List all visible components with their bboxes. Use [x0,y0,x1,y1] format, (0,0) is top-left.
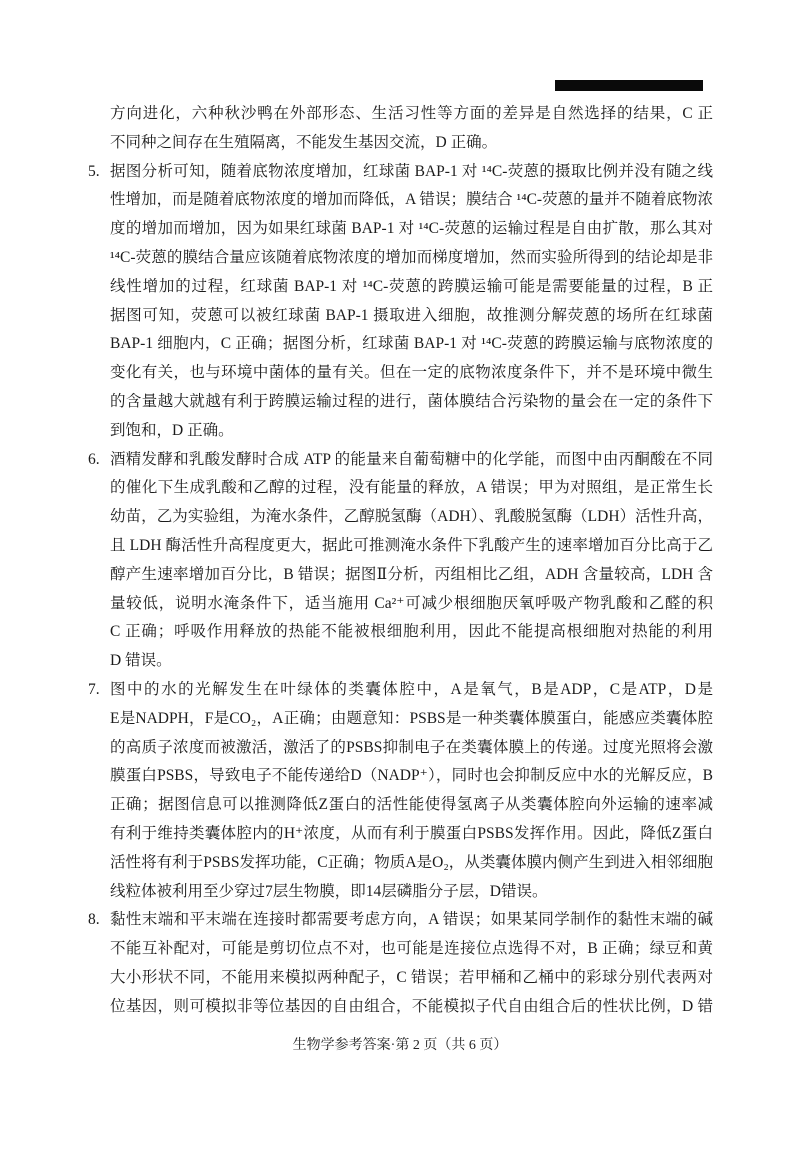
text-line: 且 LDH 酶活性升高程度更大，据此可推测淹水条件下乳酸产生的速率增加百分比高于… [110,532,713,561]
text-line: 的催化下生成乳酸和乙醇的过程，没有能量的释放，A 错误；甲为对照组，是正常生长的 [110,474,713,503]
text-line: 大小形状不同，不能用来模拟两种配子，C 错误；若甲桶和乙桶中的彩球分别代表两对等 [110,964,713,993]
text-line: 性增加，而是随着底物浓度的增加而降低，A 错误；膜结合 ¹⁴C-荧蒽的量并不随着… [110,186,713,215]
text-line: C 正确；呼吸作用释放的热能不能被根细胞利用，因此不能提高根细胞对热能的利用率， [110,618,713,647]
item-number: 7. [88,676,110,906]
document-page: 方向进化，六种秋沙鸭在外部形态、生活习性等方面的差异是自然选择的结果，C 正确；… [0,0,800,1164]
text-line: 量较低，说明水淹条件下，适当施用 Ca²⁺可减少根细胞厌氧呼吸产物乳酸和乙醛的积… [110,590,713,619]
answer-item-7: 7. 图中的水的光解发生在叶绿体的类囊体腔中，A是氧气，B是ADP，C是ATP，… [88,676,713,906]
text-line: D 错误。 [110,647,713,676]
text-line: 方向进化，六种秋沙鸭在外部形态、生活习性等方面的差异是自然选择的结果，C 正确； [110,100,713,129]
page-footer: 生物学参考答案·第 2 页（共 6 页） [0,1036,800,1056]
text-line: 度的增加而增加，因为如果红球菌 BAP-1 对 ¹⁴C-荧蒽的运输过程是自由扩散… [110,215,713,244]
text-line: 到饱和，D 正确。 [110,417,713,446]
text-line: 线粒体被利用至少穿过7层生物膜，即14层磷脂分子层，D错误。 [110,878,713,907]
text-line: 的含量越大就越有利于跨膜运输过程的进行，菌体膜结合污染物的量会在一定的条件下达 [110,388,713,417]
text-line: 据图分析可知，随着底物浓度增加，红球菌 BAP-1 对 ¹⁴C-荧蒽的摄取比例并… [110,158,713,187]
text-line: 黏性末端和平末端在连接时都需要考虑方向，A 错误；如果某同学制作的黏性末端的碱基 [110,906,713,935]
answer-text-block: 方向进化，六种秋沙鸭在外部形态、生活习性等方面的差异是自然选择的结果，C 正确；… [88,100,713,1022]
answer-item-8: 8. 黏性末端和平末端在连接时都需要考虑方向，A 错误；如果某同学制作的黏性末端… [88,906,713,1021]
text-line: 醇产生速率增加百分比，B 错误；据图Ⅱ分析，丙组相比乙组，ADH 含量较高，LD… [110,561,713,590]
text-line: 幼苗，乙为实验组，为淹水条件，乙醇脱氢酶（ADH）、乳酸脱氢酶（LDH）活性升高… [110,503,713,532]
text-line: 不同种之间存在生殖隔离，不能发生基因交流，D 正确。 [110,129,713,158]
text-line: ¹⁴C-荧蒽的膜结合量应该随着底物浓度的增加而梯度增加，然而实验所得到的结论却是… [110,244,713,273]
item-number: 6. [88,446,110,676]
text-line: 位基因，则可模拟非等位基因的自由组合，不能模拟子代自由组合后的性状比例，D 错误… [110,993,713,1022]
text-line: BAP-1 细胞内，C 正确；据图分析，红球菌 BAP-1 对 ¹⁴C-荧蒽的跨… [110,330,713,359]
text-line: 不能互补配对，可能是剪切位点不对，也可能是连接位点选得不对，B 正确；绿豆和黄豆 [110,935,713,964]
text-line: 活性将有利于PSBS发挥功能，C正确；物质A是O₂，从类囊体膜内侧产生到进入相邻… [110,849,713,878]
text-line: 图中的水的光解发生在叶绿体的类囊体腔中，A是氧气，B是ADP，C是ATP，D是N… [110,676,713,705]
item-number: 5. [88,158,110,446]
text-line: 酒精发酵和乳酸发酵时合成 ATP 的能量来自葡萄糖中的化学能，而图中由丙酮酸在不… [110,446,713,475]
text-line: 线性增加的过程，红球菌 BAP-1 对 ¹⁴C-荧蒽的跨膜运输可能是需要能量的过… [110,273,713,302]
text-line: 的高质子浓度而被激活，激活了的PSBS抑制电子在类囊体膜上的传递。过度光照将会激… [110,734,713,763]
answer-item-4-continuation: 方向进化，六种秋沙鸭在外部形态、生活习性等方面的差异是自然选择的结果，C 正确；… [88,100,713,158]
item-number: 8. [88,906,110,1021]
page-corner-bar [555,80,703,91]
text-line: 膜蛋白PSBS，导致电子不能传递给D（NADP⁺），同时也会抑制反应中水的光解反… [110,762,713,791]
text-line: 正确；据图信息可以推测降低Z蛋白的活性能使得氢离子从类囊体腔向外运输的速率减弱， [110,791,713,820]
text-line: 有利于维持类囊体腔内的H⁺浓度，从而有利于膜蛋白PSBS发挥作用。因此，降低Z蛋… [110,820,713,849]
answer-item-5: 5. 据图分析可知，随着底物浓度增加，红球菌 BAP-1 对 ¹⁴C-荧蒽的摄取… [88,158,713,446]
text-line: 变化有关，也与环境中菌体的量有关。但在一定的底物浓度条件下，并不是环境中微生物 [110,359,713,388]
answer-item-6: 6. 酒精发酵和乳酸发酵时合成 ATP 的能量来自葡萄糖中的化学能，而图中由丙酮… [88,446,713,676]
text-line: E是NADPH，F是CO₂，A正确；由题意知：PSBS是一种类囊体膜蛋白，能感应… [110,705,713,734]
text-line: 据图可知，荧蒽可以被红球菌 BAP-1 摄取进入细胞，故推测分解荧蒽的场所在红球… [110,302,713,331]
